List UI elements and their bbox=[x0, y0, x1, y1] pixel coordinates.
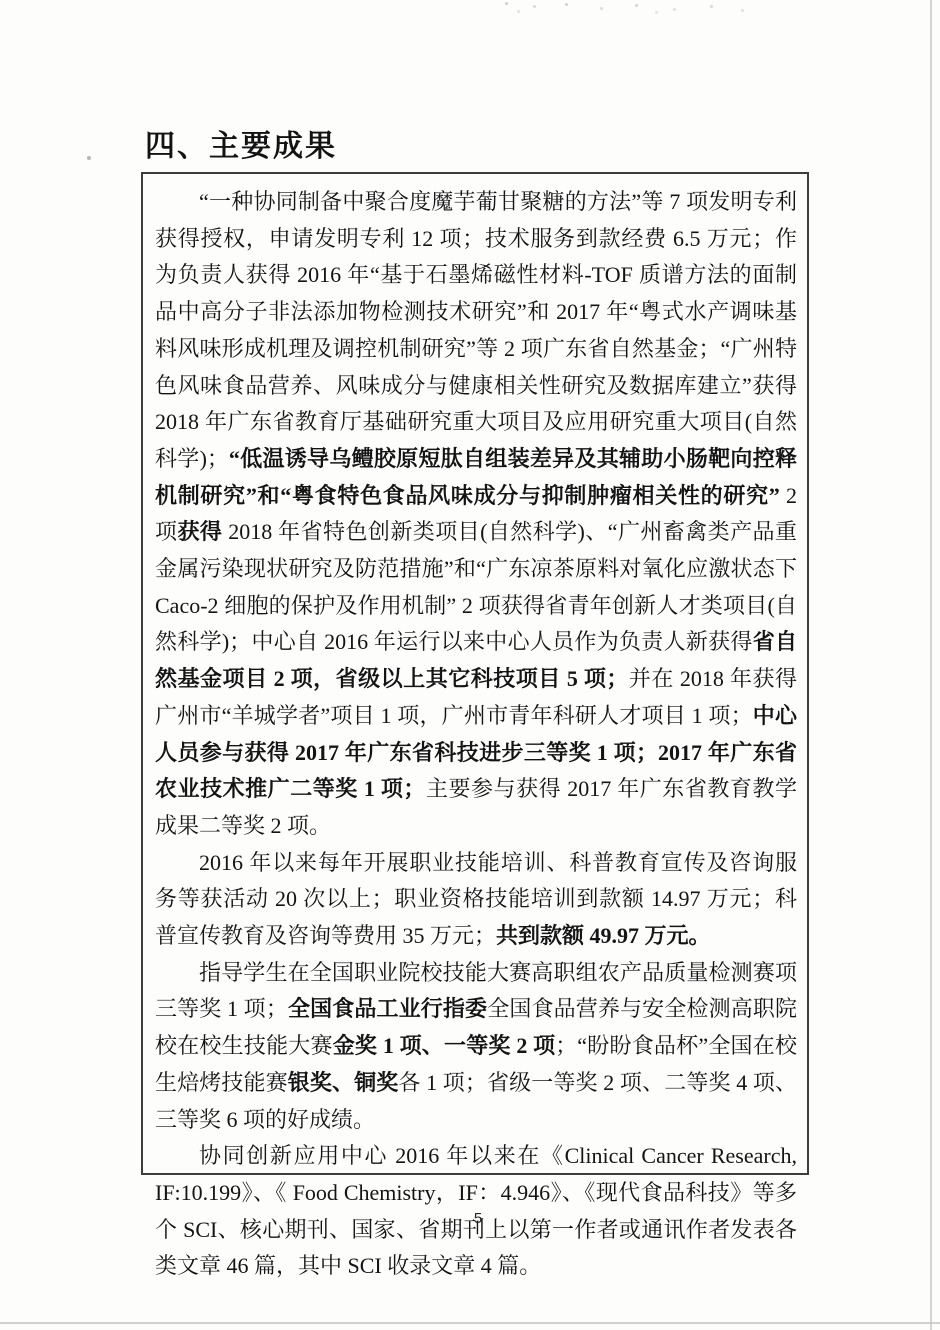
paragraph-container: “一种协同制备中聚合度魔芋葡甘聚糖的方法”等 7 项发明专利获得授权，申请发明专… bbox=[155, 184, 797, 1285]
text-segment: “一种协同制备中聚合度魔芋葡甘聚糖的方法”等 7 项发明专利获得授权，申请发明专… bbox=[155, 189, 797, 471]
text-segment-bold: 全国食品工业行指委 bbox=[288, 996, 487, 1021]
scan-dot-mark bbox=[87, 156, 91, 160]
scan-edge-right bbox=[930, 0, 932, 1330]
text-segment-bold: “低温诱导乌鳢胶原短肽自组装差异及其辅助小肠靶向控释机制研究”和“粤食特色食品风… bbox=[155, 446, 797, 508]
text-segment-bold: 获得 bbox=[177, 519, 222, 544]
paragraph: 指导学生在全国职业院校技能大赛高职组农产品质量检测赛项三等奖 1 项；全国食品工… bbox=[155, 955, 797, 1139]
text-segment-bold: 银奖、铜奖 bbox=[288, 1070, 399, 1095]
section-title: 四、主要成果 bbox=[145, 121, 337, 165]
text-segment-bold: 金奖 1 项、一等奖 2 项 bbox=[333, 1033, 556, 1058]
scan-edge-bottom bbox=[0, 1322, 940, 1324]
text-segment-bold: 共到款额 49.97 万元。 bbox=[496, 923, 711, 948]
scan-noise-speckles bbox=[505, 2, 508, 5]
content-box: “一种协同制备中聚合度魔芋葡甘聚糖的方法”等 7 项发明专利获得授权，申请发明专… bbox=[141, 172, 809, 1175]
paragraph: “一种协同制备中聚合度魔芋葡甘聚糖的方法”等 7 项发明专利获得授权，申请发明专… bbox=[155, 184, 797, 845]
page-number: 5 bbox=[462, 1210, 494, 1227]
scanned-page: 四、主要成果 “一种协同制备中聚合度魔芋葡甘聚糖的方法”等 7 项发明专利获得授… bbox=[0, 0, 940, 1330]
text-segment: 2018 年省特色创新类项目(自然科学)、“广州畜禽类产品重金属污染现状研究及防… bbox=[155, 519, 797, 654]
paragraph: 2016 年以来每年开展职业技能培训、科普教育宣传及咨询服务等获活动 20 次以… bbox=[155, 845, 797, 955]
